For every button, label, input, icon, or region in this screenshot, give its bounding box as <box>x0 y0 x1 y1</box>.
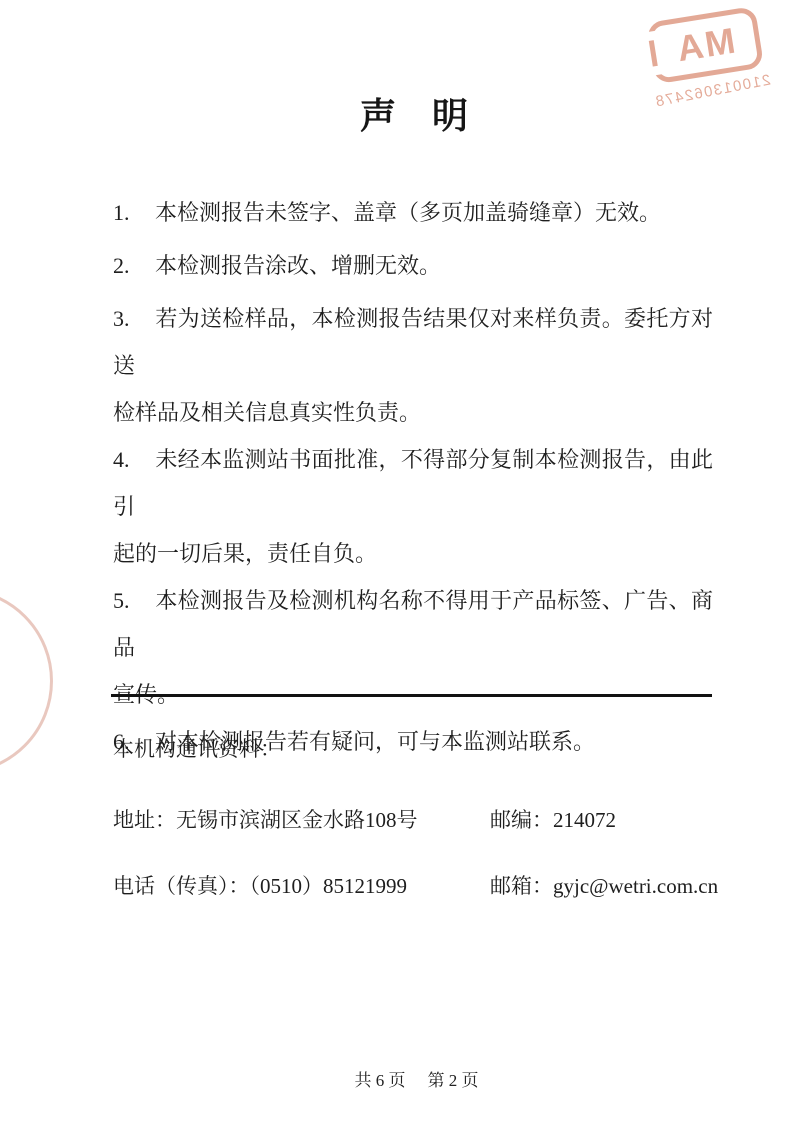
declaration-page: MA 210013062478 声 明 1.本检测报告未签字、盖章（多页加盖骑缝… <box>0 0 793 1123</box>
page-title: 声 明 <box>360 88 468 139</box>
notice-line: 5.本检测报告及检测机构名称不得用于产品标签、广告、商品 <box>113 577 713 671</box>
postcode-label: 邮编： <box>490 808 553 832</box>
item-number: 4. <box>113 436 155 483</box>
item-number: 1. <box>113 189 155 236</box>
item-number: 3. <box>113 295 155 342</box>
notice-line: 检样品及相关信息真实性负责。 <box>113 389 713 436</box>
notice-line: 1.本检测报告未签字、盖章（多页加盖骑缝章）无效。 <box>113 189 713 236</box>
postcode-value: 214072 <box>553 808 616 832</box>
notice-line: 起的一切后果，责任自负。 <box>113 530 713 577</box>
notice-line: 2.本检测报告涂改、增删无效。 <box>113 242 713 289</box>
stamp-arc-fragment <box>0 588 53 774</box>
item-text: 若为送检样品，本检测报告结果仅对来样负责。委托方对送 <box>113 306 713 378</box>
cma-stamp: MA 210013062478 <box>641 5 773 109</box>
cma-stamp-frame-gap-top <box>645 30 658 41</box>
postcode-cell: 邮编：214072 <box>490 804 616 834</box>
page-footer: 共 6 页第 2 页 <box>0 1066 793 1091</box>
item-text: 本检测报告未签字、盖章（多页加盖骑缝章）无效。 <box>155 200 661 225</box>
item-text: 未经本监测站书面批准，不得部分复制本检测报告，由此引 <box>113 447 713 519</box>
cma-stamp-frame-gap-bottom <box>651 65 664 76</box>
item-text: 本检测报告涂改、增删无效。 <box>155 253 441 278</box>
notice-line: 3.若为送检样品，本检测报告结果仅对来样负责。委托方对送 <box>113 295 713 389</box>
total-pages: 共 6 页 <box>355 1071 406 1090</box>
item-text: 起的一切后果，责任自负。 <box>113 541 377 566</box>
address-value: 无锡市滨湖区金水路108号 <box>176 808 418 832</box>
notice-item-2: 2.本检测报告涂改、增删无效。 <box>113 242 713 289</box>
item-text: 检样品及相关信息真实性负责。 <box>113 400 421 425</box>
cma-stamp-frame: MA <box>646 6 764 84</box>
phone-value: （0510）85121999 <box>250 874 408 898</box>
notice-item-1: 1.本检测报告未签字、盖章（多页加盖骑缝章）无效。 <box>113 189 713 236</box>
notice-item-4: 4.未经本监测站书面批准，不得部分复制本检测报告，由此引 起的一切后果，责任自负… <box>113 436 713 577</box>
notice-list: 1.本检测报告未签字、盖章（多页加盖骑缝章）无效。 2.本检测报告涂改、增删无效… <box>113 189 713 765</box>
contact-row-address: 地址：无锡市滨湖区金水路108号 邮编：214072 <box>113 804 733 834</box>
notice-line: 4.未经本监测站书面批准，不得部分复制本检测报告，由此引 <box>113 436 713 530</box>
email-cell: 邮箱：gyjc@wetri.com.cn <box>490 870 718 900</box>
contact-row-phone: 电话（传真）：（0510）85121999 邮箱：gyjc@wetri.com.… <box>113 870 733 900</box>
notice-item-3: 3.若为送检样品，本检测报告结果仅对来样负责。委托方对送 检样品及相关信息真实性… <box>113 295 713 436</box>
current-page: 第 2 页 <box>428 1071 479 1090</box>
item-number: 2. <box>113 242 155 289</box>
section-divider <box>111 694 712 697</box>
contact-heading: 本机构通讯资料： <box>113 733 281 763</box>
cma-stamp-letters: MA <box>673 23 738 68</box>
phone-label: 电话（传真）： <box>113 874 250 898</box>
email-label: 邮箱： <box>490 874 553 898</box>
email-value: gyjc@wetri.com.cn <box>553 874 718 898</box>
item-number: 5. <box>113 577 155 624</box>
item-text: 本检测报告及检测机构名称不得用于产品标签、广告、商品 <box>113 588 713 660</box>
address-label: 地址： <box>113 808 176 832</box>
